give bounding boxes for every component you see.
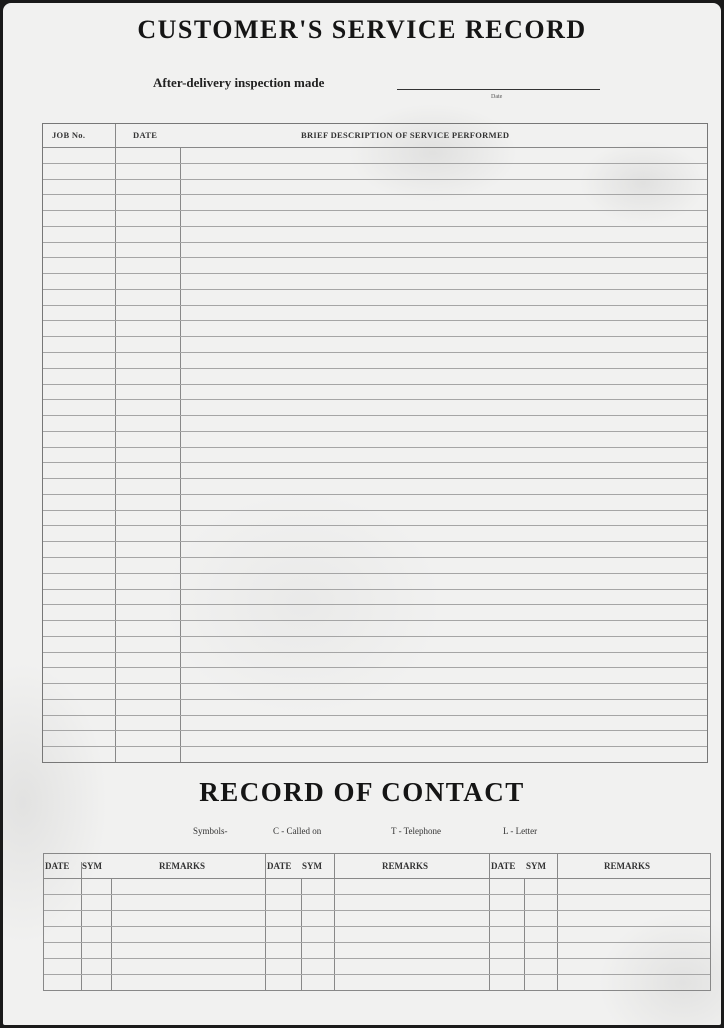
table-row-line [43, 194, 707, 195]
contact-remarks-header: REMARKS [604, 861, 650, 871]
table-row-line [43, 715, 707, 716]
column-job-no: JOB No. [52, 130, 85, 140]
group-divider [265, 854, 266, 990]
column-date: DATE [133, 130, 157, 140]
table-row-line [44, 894, 710, 895]
table-row-line [44, 974, 710, 975]
table-row-line [43, 462, 707, 463]
table-row-line [43, 384, 707, 385]
contact-section-title: RECORD OF CONTACT [3, 777, 721, 808]
table-row-line [43, 525, 707, 526]
table-row-line [43, 667, 707, 668]
table-row-line [44, 910, 710, 911]
contact-sym-header: SYM [302, 861, 322, 871]
table-row-line [43, 242, 707, 243]
table-row-line [43, 399, 707, 400]
column-divider [334, 854, 335, 990]
group-divider [489, 854, 490, 990]
table-row-line [43, 289, 707, 290]
inspection-label: After-delivery inspection made [153, 75, 324, 91]
column-description: BRIEF DESCRIPTION OF SERVICE PERFORMED [301, 130, 509, 140]
service-table: JOB No. DATE BRIEF DESCRIPTION OF SERVIC… [42, 123, 708, 763]
table-row-line [43, 620, 707, 621]
table-row-line [43, 431, 707, 432]
contact-date-header: DATE [45, 861, 69, 871]
table-row-line [43, 636, 707, 637]
table-row-line [43, 320, 707, 321]
header-line [44, 878, 710, 879]
contact-sym-header: SYM [82, 861, 102, 871]
table-row-line [43, 415, 707, 416]
table-row-line [43, 494, 707, 495]
table-row-line [43, 604, 707, 605]
symbols-label: Symbols- [193, 826, 228, 836]
table-row-line [43, 352, 707, 353]
table-row-line [43, 257, 707, 258]
contact-remarks-header: REMARKS [382, 861, 428, 871]
table-row-line [43, 273, 707, 274]
table-row-line [43, 179, 707, 180]
symbol-letter: L - Letter [503, 826, 537, 836]
table-row-line [43, 305, 707, 306]
column-divider [115, 124, 116, 762]
table-row-line [43, 163, 707, 164]
service-table-header: JOB No. DATE BRIEF DESCRIPTION OF SERVIC… [43, 124, 707, 148]
table-row-line [43, 652, 707, 653]
table-row-line [44, 926, 710, 927]
page-title: CUSTOMER'S SERVICE RECORD [3, 15, 721, 45]
table-row-line [43, 541, 707, 542]
service-record-page: CUSTOMER'S SERVICE RECORD After-delivery… [3, 3, 721, 1025]
contact-date-header: DATE [267, 861, 291, 871]
table-row-line [43, 478, 707, 479]
contact-table: DATE SYM REMARKS DATE SYM REMARKS DATE S… [43, 853, 711, 991]
table-row-line [43, 336, 707, 337]
table-row-line [43, 368, 707, 369]
table-row-line [43, 557, 707, 558]
table-row-line [43, 699, 707, 700]
table-row-line [43, 447, 707, 448]
contact-sym-header: SYM [526, 861, 546, 871]
table-row-line [44, 958, 710, 959]
table-row-line [43, 746, 707, 747]
column-divider [180, 147, 181, 762]
table-row-line [43, 573, 707, 574]
table-row-line [44, 942, 710, 943]
table-row-line [43, 510, 707, 511]
contact-remarks-header: REMARKS [159, 861, 205, 871]
table-row-line [43, 589, 707, 590]
inspection-date-field[interactable] [397, 89, 600, 90]
symbol-telephone: T - Telephone [391, 826, 441, 836]
symbol-called-on: C - Called on [273, 826, 321, 836]
date-caption: Date [491, 94, 502, 100]
table-row-line [43, 730, 707, 731]
table-row-line [43, 210, 707, 211]
column-divider [557, 854, 558, 990]
table-row-line [43, 683, 707, 684]
contact-date-header: DATE [491, 861, 515, 871]
table-row-line [43, 226, 707, 227]
